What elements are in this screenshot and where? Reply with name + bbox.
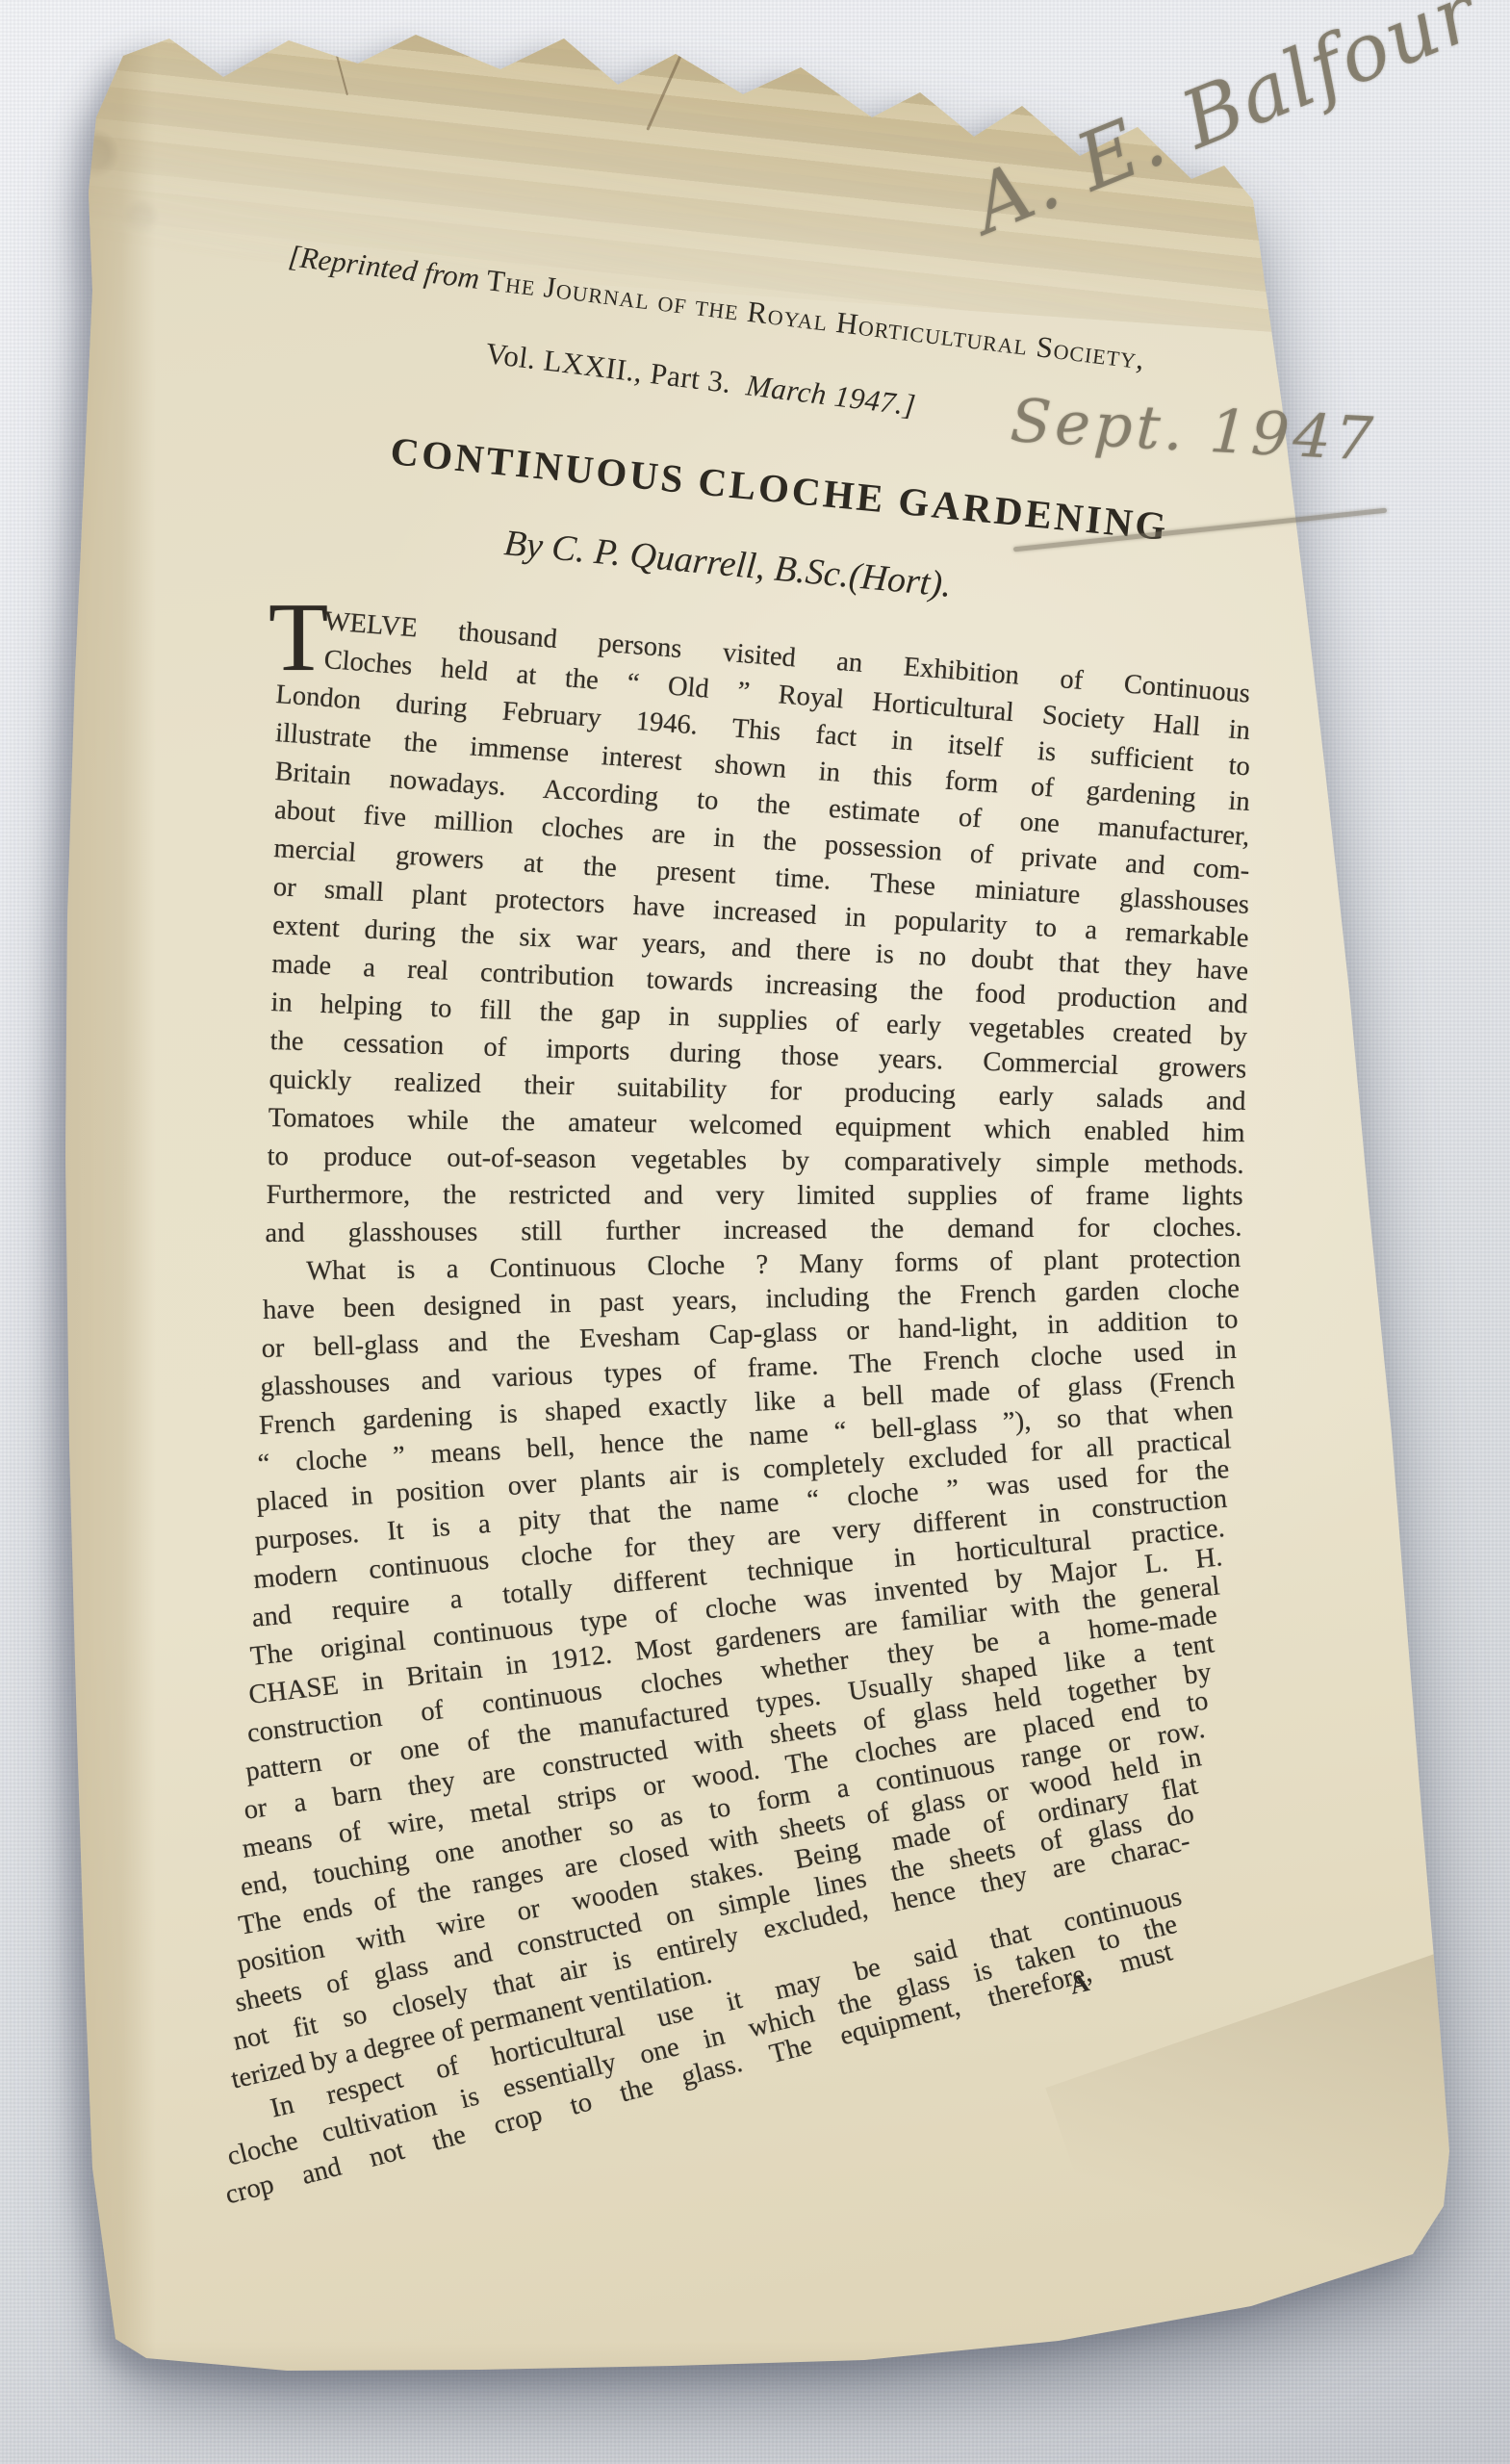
aged-left-edge <box>50 0 156 2464</box>
article-body: T WELVE thousand persons visited an Exhi… <box>276 599 1253 2216</box>
reprint-page: [Reprinted from The Journal of the Royal… <box>0 0 1510 2464</box>
photo-canvas: [Reprinted from The Journal of the Royal… <box>0 0 1510 2464</box>
paper-shadow: [Reprinted from The Journal of the Royal… <box>0 0 1510 2464</box>
issue-date: March 1947.] <box>744 368 917 422</box>
journal-header-line-2: Vol. LXXII., Part 3. March 1947.] <box>484 336 918 423</box>
article-byline: By C. P. Quarrell, B.Sc.(Hort). <box>502 522 954 606</box>
volume-part: Vol. LXXII., Part 3. <box>484 336 749 401</box>
